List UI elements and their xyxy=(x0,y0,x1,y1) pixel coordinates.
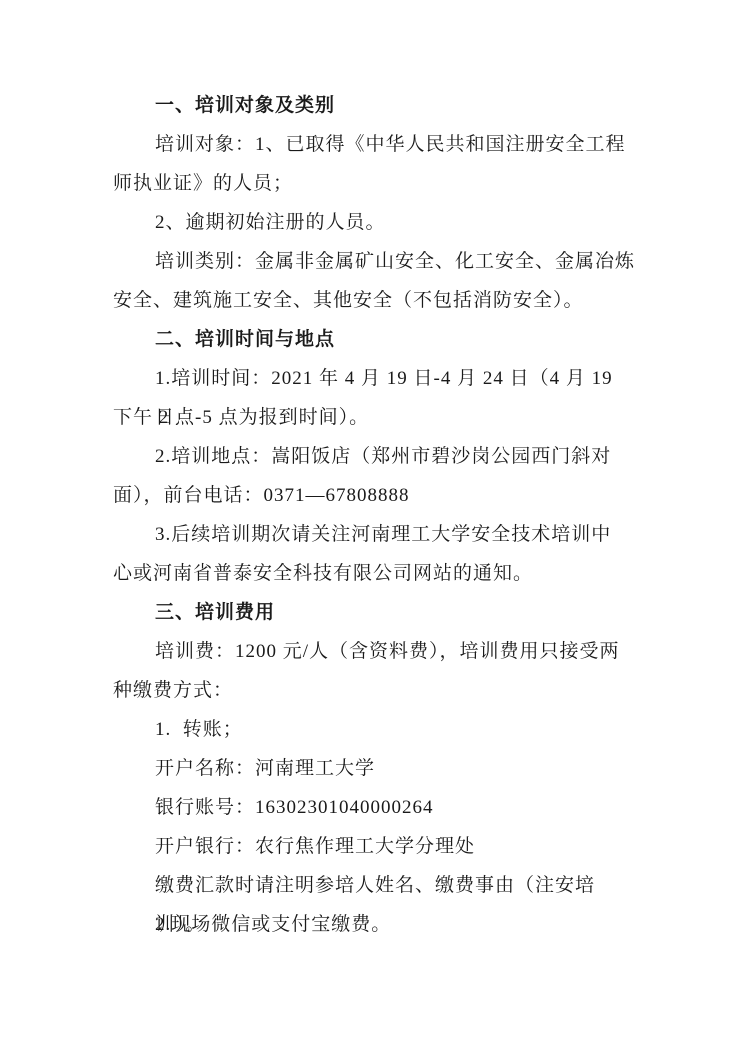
text-line: 1. 转账； xyxy=(113,710,635,749)
text-line: 开户名称：河南理工大学 xyxy=(113,749,635,788)
text-line: 3.后续培训期次请关注河南理工大学安全技术培训中 xyxy=(113,515,635,554)
text-line: 2、逾期初始注册的人员。 xyxy=(113,203,635,242)
section-heading: 三、培训费用 xyxy=(113,593,635,632)
text-line: 2.现场微信或支付宝缴费。 xyxy=(113,905,635,944)
text-line: 培训类别：金属非金属矿山安全、化工安全、金属冶炼 xyxy=(113,242,635,281)
text-line: 种缴费方式： xyxy=(113,671,635,710)
text-line: 面），前台电话：0371—67808888 xyxy=(113,476,635,515)
text-line: 安全、建筑施工安全、其他安全（不包括消防安全）。 xyxy=(113,281,635,320)
text-line: 银行账号：16302301040000264 xyxy=(113,788,635,827)
document-page: 一、培训对象及类别培训对象：1、已取得《中华人民共和国注册安全工程师执业证》的人… xyxy=(0,0,744,1053)
document-body: 一、培训对象及类别培训对象：1、已取得《中华人民共和国注册安全工程师执业证》的人… xyxy=(113,86,635,944)
section-heading: 二、培训时间与地点 xyxy=(113,320,635,359)
text-line: 心或河南省普泰安全科技有限公司网站的通知。 xyxy=(113,554,635,593)
text-line: 师执业证》的人员； xyxy=(113,164,635,203)
text-line: 缴费汇款时请注明参培人姓名、缴费事由（注安培训）。 xyxy=(113,866,635,905)
text-line: 下午 2 点-5 点为报到时间）。 xyxy=(113,398,635,437)
section-heading: 一、培训对象及类别 xyxy=(113,86,635,125)
text-line: 培训对象：1、已取得《中华人民共和国注册安全工程 xyxy=(113,125,635,164)
text-line: 2.培训地点：嵩阳饭店（郑州市碧沙岗公园西门斜对 xyxy=(113,437,635,476)
text-line: 培训费：1200 元/人（含资料费），培训费用只接受两 xyxy=(113,632,635,671)
text-line: 开户银行：农行焦作理工大学分理处 xyxy=(113,827,635,866)
text-line: 1.培训时间：2021 年 4 月 19 日-4 月 24 日（4 月 19 日 xyxy=(113,359,635,398)
